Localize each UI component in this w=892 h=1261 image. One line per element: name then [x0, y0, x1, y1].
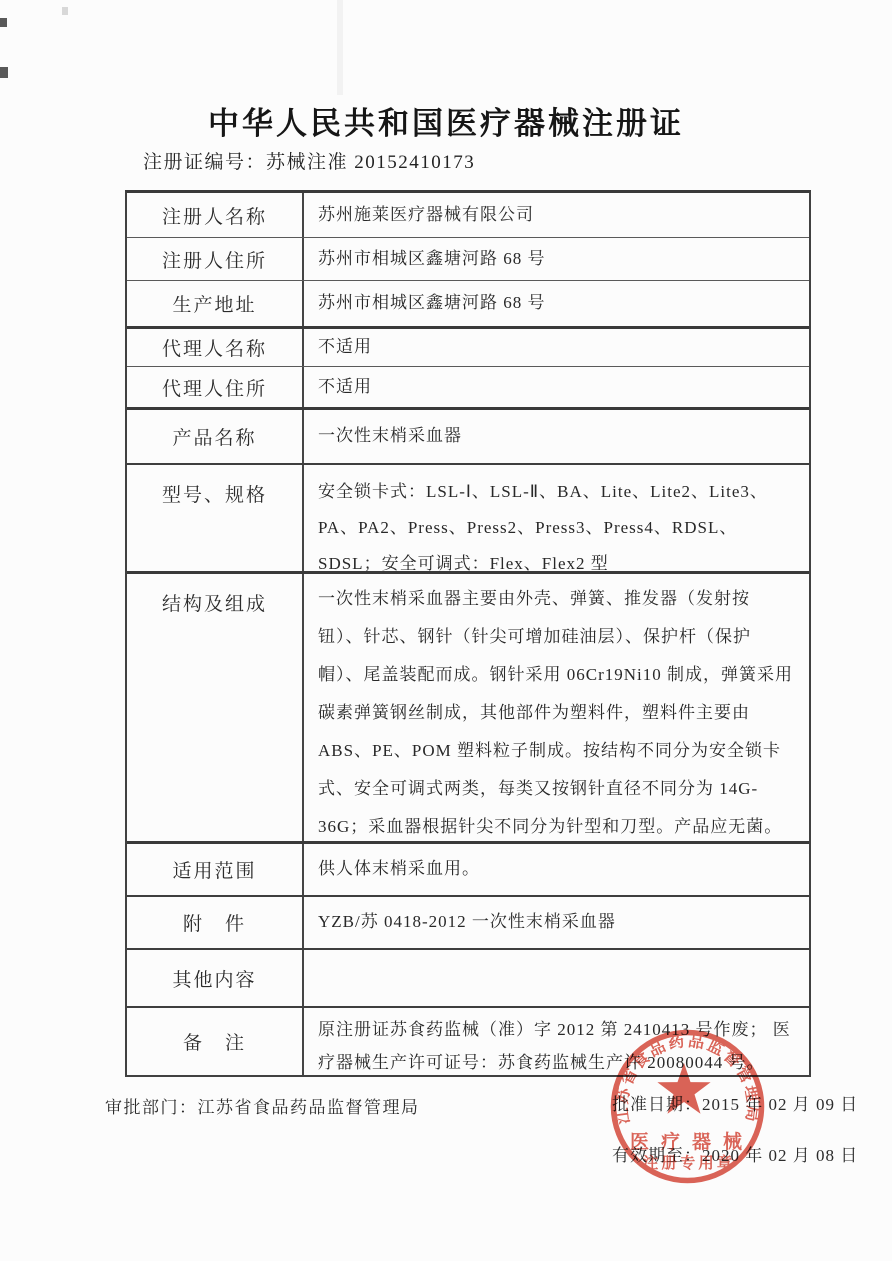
row-label: 附 件 — [127, 897, 302, 948]
row-value: 不适用 — [302, 329, 809, 366]
scan-artifact-mark — [0, 18, 7, 27]
certificate-table: 注册人名称 苏州施莱医疗器械有限公司 注册人住所 苏州市相城区鑫塘河路 68 号… — [125, 190, 811, 1077]
row-value: 安全锁卡式：LSL-Ⅰ、LSL-Ⅱ、BA、Lite、Lite2、Lite3、PA… — [302, 465, 809, 571]
certificate-number-label: 注册证编号： — [143, 152, 266, 173]
table-row: 适用范围 供人体末梢采血用。 — [127, 841, 809, 895]
certificate-number-line: 注册证编号：苏械注准 20152410173 — [143, 147, 475, 174]
row-label: 备 注 — [127, 1008, 302, 1075]
table-row: 产品名称 一次性末梢采血器 — [127, 407, 809, 463]
row-label: 注册人名称 — [127, 193, 302, 237]
table-row: 其他内容 — [127, 948, 809, 1006]
table-row: 型号、规格 安全锁卡式：LSL-Ⅰ、LSL-Ⅱ、BA、Lite、Lite2、Li… — [127, 463, 809, 571]
row-value: 苏州施莱医疗器械有限公司 — [302, 193, 809, 237]
row-label: 结构及组成 — [127, 574, 302, 841]
official-seal-stamp: 江苏省食品药品监督管理局 医疗器械 注册专用章 — [600, 1019, 775, 1194]
certificate-number-value: 苏械注准 20152410173 — [266, 152, 475, 173]
table-row: 代理人名称 不适用 — [127, 326, 809, 366]
table-row: 代理人住所 不适用 — [127, 366, 809, 407]
approval-department-value: 江苏省食品药品监督管理局 — [198, 1098, 420, 1117]
star-icon — [657, 1063, 710, 1114]
table-row: 结构及组成 一次性末梢采血器主要由外壳、弹簧、推发器（发射按钮）、针芯、钢针（针… — [127, 571, 809, 841]
row-label: 产品名称 — [127, 410, 302, 463]
row-label: 其他内容 — [127, 950, 302, 1006]
approval-department-label: 审批部门： — [105, 1098, 198, 1117]
row-value: 一次性末梢采血器 — [302, 410, 809, 463]
page-title: 中华人民共和国医疗器械注册证 — [0, 98, 892, 143]
row-label: 生产地址 — [127, 281, 302, 326]
scan-artifact-mark — [62, 7, 68, 15]
row-label: 适用范围 — [127, 844, 302, 895]
stamp-registration-text: 注册专用章 — [643, 1153, 736, 1172]
table-row: 注册人住所 苏州市相城区鑫塘河路 68 号 — [127, 237, 809, 280]
approval-department-line: 审批部门：江苏省食品药品监督管理局 — [105, 1093, 420, 1118]
row-value: 不适用 — [302, 367, 809, 407]
row-value: 苏州市相城区鑫塘河路 68 号 — [302, 281, 809, 326]
certificate-page: 中华人民共和国医疗器械注册证 注册证编号：苏械注准 20152410173 注册… — [0, 0, 892, 1261]
row-value: 一次性末梢采血器主要由外壳、弹簧、推发器（发射按钮）、针芯、钢针（针尖可增加硅油… — [302, 574, 809, 841]
stamp-device-text: 医疗器械 — [630, 1130, 754, 1153]
row-value — [302, 950, 809, 1006]
table-row: 附 件 YZB/苏 0418-2012 一次性末梢采血器 — [127, 895, 809, 948]
row-value: 供人体末梢采血用。 — [302, 844, 809, 895]
row-label: 型号、规格 — [127, 465, 302, 571]
table-row: 生产地址 苏州市相城区鑫塘河路 68 号 — [127, 280, 809, 326]
table-row: 注册人名称 苏州施莱医疗器械有限公司 — [127, 193, 809, 237]
row-label: 代理人名称 — [127, 329, 302, 366]
scan-artifact-mark — [0, 67, 8, 78]
row-label: 注册人住所 — [127, 238, 302, 280]
row-label: 代理人住所 — [127, 367, 302, 407]
row-value: YZB/苏 0418-2012 一次性末梢采血器 — [302, 897, 809, 948]
row-value: 苏州市相城区鑫塘河路 68 号 — [302, 238, 809, 280]
scan-streak — [337, 0, 343, 95]
